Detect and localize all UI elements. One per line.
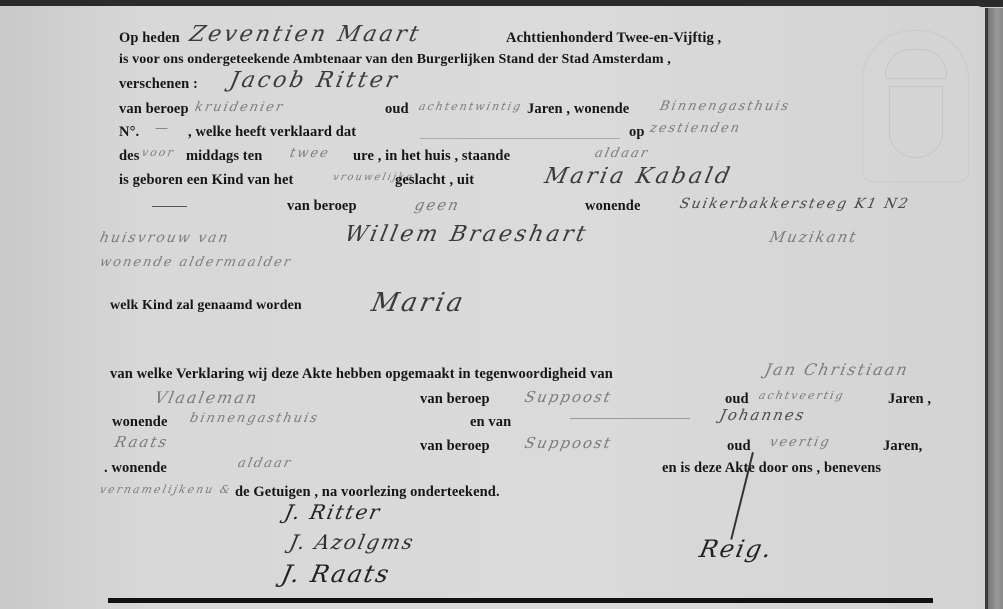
crown-emblem-icon [885, 49, 947, 79]
hw-house-number: — [153, 121, 171, 136]
blank-dash [152, 206, 187, 207]
hw-declarant: Jacob Ritter [227, 68, 402, 93]
hw-witness2-age: veertig [768, 435, 832, 450]
hw-mother-residence: Suikerbakkersteeg K1 N2 [678, 196, 911, 212]
hw-father-occupation: Muzikant [768, 228, 859, 246]
hw-child-name: Maria [369, 288, 469, 318]
shield-emblem-icon [889, 86, 943, 158]
printed-w2-beroep: van beroep [420, 438, 490, 455]
printed-geboren: is geboren een Kind van het [119, 172, 293, 189]
printed-w2-oud: oud [727, 438, 751, 455]
hw-wife-of: huisvrouw van [98, 230, 231, 246]
printed-w1-beroep: van beroep [420, 391, 490, 408]
printed-oud: oud [385, 101, 409, 118]
printed-w2-wonende: . wonende [104, 460, 167, 477]
hw-witness2-occupation: Suppoost [523, 434, 614, 452]
hw-mother-occupation: geen [413, 196, 462, 214]
printed-ure-huis: ure , in het huis , staande [353, 148, 510, 165]
hw-mother: Maria Kabald [542, 164, 735, 189]
hw-declarant-occupation: kruidenier [193, 100, 285, 115]
printed-en-van: en van [470, 414, 511, 431]
hw-witness2-first: Johannes [718, 406, 807, 424]
printed-jaren-wonende: Jaren , wonende [527, 101, 629, 118]
hw-witness1-residence: binnengasthuis [188, 411, 320, 426]
printed-w1-wonende: wonende [112, 414, 168, 431]
hw-time-of-day: voor [141, 146, 176, 159]
printed-op: op [629, 124, 645, 141]
hw-declarant-residence: Binnengasthuis [658, 99, 791, 114]
blank-line [570, 418, 690, 419]
signature-raats: J. Raats [279, 560, 393, 588]
hw-witness2-residence: aldaar [236, 456, 293, 471]
signature-witness1: J. Azolgms [287, 530, 417, 554]
printed-mother-wonende: wonende [585, 198, 641, 215]
printed-van-beroep: van beroep [119, 101, 189, 118]
printed-no: N°. [119, 124, 139, 141]
printed-kind-genaamd: welk Kind zal genaamd worden [110, 298, 302, 314]
hw-witness1-first: Jan Christiaan [763, 360, 911, 379]
hw-margin-note: vernamelijkenu & [99, 483, 233, 496]
printed-ambtenaar: is voor ons ondergeteekende Ambtenaar va… [119, 52, 671, 68]
signature-ritter: J. Ritter [282, 500, 383, 524]
hw-hour: twee [288, 146, 331, 161]
printed-year: Achttienhonderd Twee-en-Vijftig , [506, 30, 721, 47]
printed-middags: middags ten [186, 148, 262, 165]
printed-op-heden: Op heden [119, 30, 180, 47]
hw-witness1-age: achtveertig [758, 389, 846, 402]
hw-father-residence: wonende aldermaalder [98, 255, 293, 270]
hw-witness2-last: Raats [113, 433, 170, 451]
printed-akte-door-ons: en is deze Akte door ons , benevens [662, 460, 881, 477]
hw-witness1-occupation: Suppoost [523, 388, 614, 406]
printed-getuigen: de Getuigen , na voorlezing onderteekend… [235, 484, 500, 501]
hw-father: Willem Braeshart [342, 222, 590, 247]
printed-mother-beroep: van beroep [287, 198, 357, 215]
scan-right-strip [988, 8, 1003, 609]
signature-registrar: Reig. [697, 535, 776, 563]
blank-line [420, 138, 620, 139]
hw-date: Zeventien Maart [187, 22, 423, 47]
printed-geslacht-uit: geslacht , uit [395, 172, 474, 189]
hw-declarant-age: achtentwintig [418, 100, 524, 113]
hw-witness1-last: Vlaaleman [153, 388, 260, 407]
printed-verklaard: , welke heeft verklaard dat [188, 124, 356, 141]
hw-birth-house: aldaar [593, 146, 650, 161]
embossed-seal-watermark [862, 30, 969, 182]
printed-w2-jaren: Jaren, [883, 438, 922, 455]
printed-verschenen: verschenen : [119, 76, 198, 93]
printed-w1-jaren: Jaren , [888, 391, 931, 408]
bottom-rule [108, 598, 933, 603]
hw-birth-day: zestienden [648, 121, 742, 136]
printed-verklaring: van welke Verklaring wij deze Akte hebbe… [110, 366, 613, 383]
printed-des: des [119, 148, 139, 165]
